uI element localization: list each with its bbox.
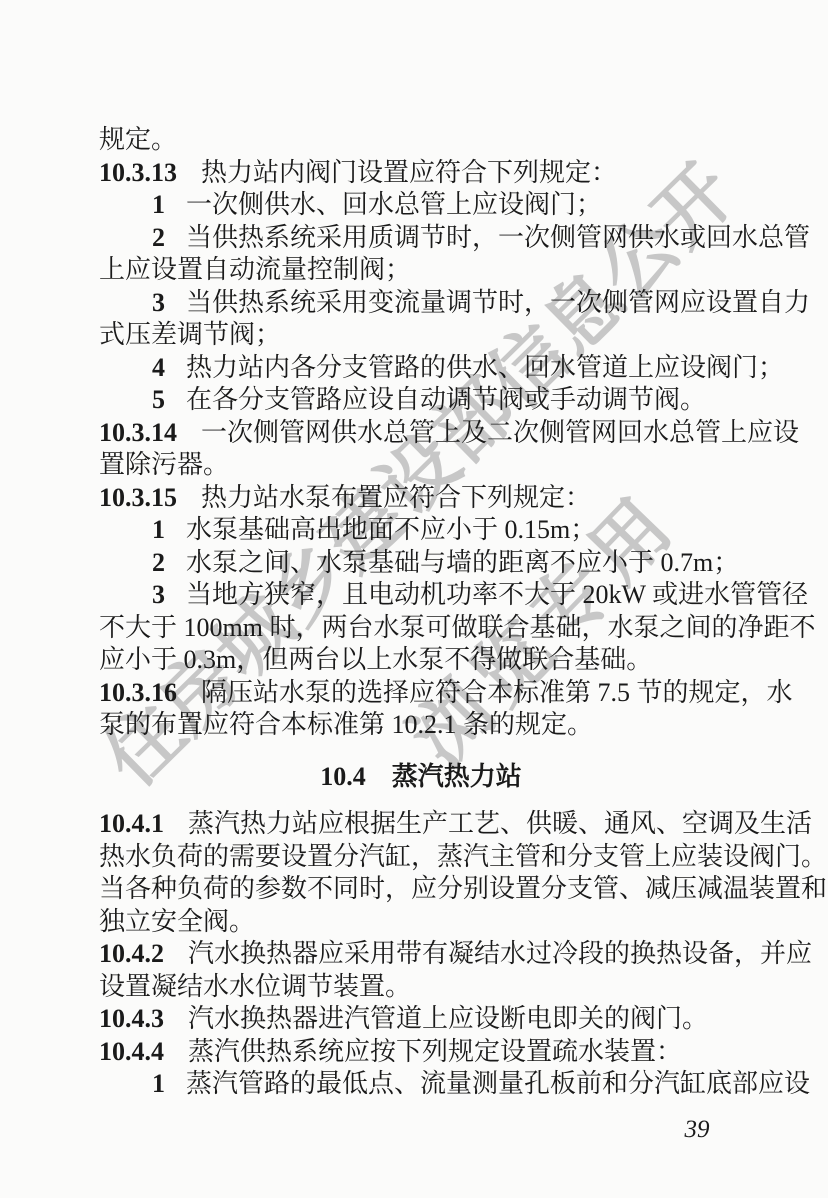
item-number: 1	[152, 515, 165, 544]
text-line: 上应设置自动流量控制阀；	[99, 254, 743, 287]
line-text: 置除污器。	[99, 450, 229, 479]
clause-line: 10.4.1蒸汽热力站应根据生产工艺、供暖、通风、空调及生活	[99, 808, 743, 841]
line-text: 规定。	[99, 125, 177, 154]
item-number: 1	[152, 190, 165, 219]
clause-number: 10.3.14	[99, 418, 177, 447]
text-line: 当各种负荷的参数不同时，应分别设置分支管、减压减温装置和	[99, 873, 743, 906]
line-text: 隔压站水泵的选择应符合本标准第 7.5 节的规定，水	[201, 678, 793, 707]
item-number: 2	[152, 548, 165, 577]
line-text: 蒸汽热力站应根据生产工艺、供暖、通风、空调及生活	[188, 809, 812, 838]
item-line: 1一次侧供水、回水总管上应设阀门；	[99, 189, 743, 222]
item-line: 1蒸汽管路的最低点、流量测量孔板前和分汽缸底部应设	[99, 1068, 743, 1101]
line-text: 水泵基础高出地面不应小于 0.15m；	[186, 515, 596, 544]
text-line: 式压差调节阀；	[99, 319, 743, 352]
clause-number: 10.3.15	[99, 483, 177, 512]
page-number: 39	[662, 1116, 732, 1144]
line-text: 设置凝结水水位调节装置。	[99, 972, 411, 1001]
line-text: 泵的布置应符合本标准第 10.2.1 条的规定。	[99, 710, 593, 739]
clause-number: 10.3.16	[99, 678, 177, 707]
line-text: 当供热系统采用质调节时，一次侧管网供水或回水总管	[186, 223, 810, 252]
line-text: 热水负荷的需要设置分汽缸，蒸汽主管和分支管上应装设阀门。	[99, 842, 827, 871]
text-line: 热水负荷的需要设置分汽缸，蒸汽主管和分支管上应装设阀门。	[99, 841, 743, 874]
text-line: 置除污器。	[99, 449, 743, 482]
item-line: 2水泵之间、水泵基础与墙的距离不应小于 0.7m；	[99, 547, 743, 580]
item-number: 3	[152, 580, 165, 609]
item-line: 1水泵基础高出地面不应小于 0.15m；	[99, 514, 743, 547]
line-text: 当供热系统采用变流量调节时，一次侧管网应设置自力	[186, 288, 810, 317]
line-text: 应小于 0.3m，但两台以上水泵不得做联合基础。	[99, 645, 652, 674]
line-text: 蒸汽供热系统应按下列规定设置疏水装置：	[188, 1037, 682, 1066]
line-text: 热力站内阀门设置应符合下列规定：	[201, 158, 617, 187]
text-line: 独立安全阀。	[99, 906, 743, 939]
clause-number: 10.3.13	[99, 158, 177, 187]
line-text: 一次侧供水、回水总管上应设阀门；	[186, 190, 602, 219]
line-text: 一次侧管网供水总管上及二次侧管网回水总管上应设	[201, 418, 799, 447]
section-heading: 10.4蒸汽热力站	[99, 761, 743, 794]
clause-number: 10.4.1	[99, 809, 164, 838]
item-number: 3	[152, 288, 165, 317]
clause-line: 10.3.13热力站内阀门设置应符合下列规定：	[99, 157, 743, 190]
line-text: 上应设置自动流量控制阀；	[99, 255, 411, 284]
document-body: 规定。10.3.13热力站内阀门设置应符合下列规定：1一次侧供水、回水总管上应设…	[99, 124, 743, 1101]
clause-line: 10.4.4蒸汽供热系统应按下列规定设置疏水装置：	[99, 1036, 743, 1069]
text-line: 应小于 0.3m，但两台以上水泵不得做联合基础。	[99, 644, 743, 677]
clause-number: 10.4.4	[99, 1037, 164, 1066]
line-text: 在各分支管路应设自动调节阀或手动调节阀。	[186, 385, 706, 414]
item-line: 3当地方狭窄，且电动机功率不大于 20kW 或进水管管径	[99, 579, 743, 612]
line-text: 式压差调节阀；	[99, 320, 281, 349]
line-text: 热力站水泵布置应符合下列规定：	[201, 483, 591, 512]
clause-number: 10.4.2	[99, 939, 164, 968]
text-line: 设置凝结水水位调节装置。	[99, 971, 743, 1004]
text-line: 规定。	[99, 124, 743, 157]
line-text: 汽水换热器进汽管道上应设断电即关的阀门。	[188, 1004, 708, 1033]
clause-line: 10.3.14一次侧管网供水总管上及二次侧管网回水总管上应设	[99, 417, 743, 450]
item-number: 5	[152, 385, 165, 414]
line-text: 独立安全阀。	[99, 907, 255, 936]
line-text: 水泵之间、水泵基础与墙的距离不应小于 0.7m；	[186, 548, 739, 577]
line-text: 汽水换热器应采用带有凝结水过冷段的换热设备，并应	[188, 939, 812, 968]
line-text: 蒸汽管路的最低点、流量测量孔板前和分汽缸底部应设	[186, 1069, 810, 1098]
clause-number: 10.4.3	[99, 1004, 164, 1033]
text-line: 不大于 100mm 时，两台水泵可做联合基础，水泵之间的净距不	[99, 612, 743, 645]
line-text: 热力站内各分支管路的供水、回水管道上应设阀门；	[186, 353, 784, 382]
line-text: 不大于 100mm 时，两台水泵可做联合基础，水泵之间的净距不	[99, 613, 815, 642]
clause-line: 10.4.3汽水换热器进汽管道上应设断电即关的阀门。	[99, 1003, 743, 1036]
item-number: 1	[152, 1069, 165, 1098]
clause-line: 10.3.15热力站水泵布置应符合下列规定：	[99, 482, 743, 515]
line-text: 当各种负荷的参数不同时，应分别设置分支管、减压减温装置和	[99, 874, 827, 903]
section-number: 10.4	[320, 762, 366, 791]
document-page: 住房城乡建设部信息公开 浏览专用 规定。10.3.13热力站内阀门设置应符合下列…	[0, 0, 828, 1198]
item-line: 3当供热系统采用变流量调节时，一次侧管网应设置自力	[99, 287, 743, 320]
item-line: 2当供热系统采用质调节时，一次侧管网供水或回水总管	[99, 222, 743, 255]
text-line: 泵的布置应符合本标准第 10.2.1 条的规定。	[99, 709, 743, 742]
clause-line: 10.4.2汽水换热器应采用带有凝结水过冷段的换热设备，并应	[99, 938, 743, 971]
item-line: 4热力站内各分支管路的供水、回水管道上应设阀门；	[99, 352, 743, 385]
line-text: 当地方狭窄，且电动机功率不大于 20kW 或进水管管径	[186, 580, 808, 609]
item-number: 4	[152, 353, 165, 382]
clause-line: 10.3.16隔压站水泵的选择应符合本标准第 7.5 节的规定，水	[99, 677, 743, 710]
line-text: 蒸汽热力站	[392, 762, 522, 791]
item-line: 5在各分支管路应设自动调节阀或手动调节阀。	[99, 384, 743, 417]
item-number: 2	[152, 223, 165, 252]
